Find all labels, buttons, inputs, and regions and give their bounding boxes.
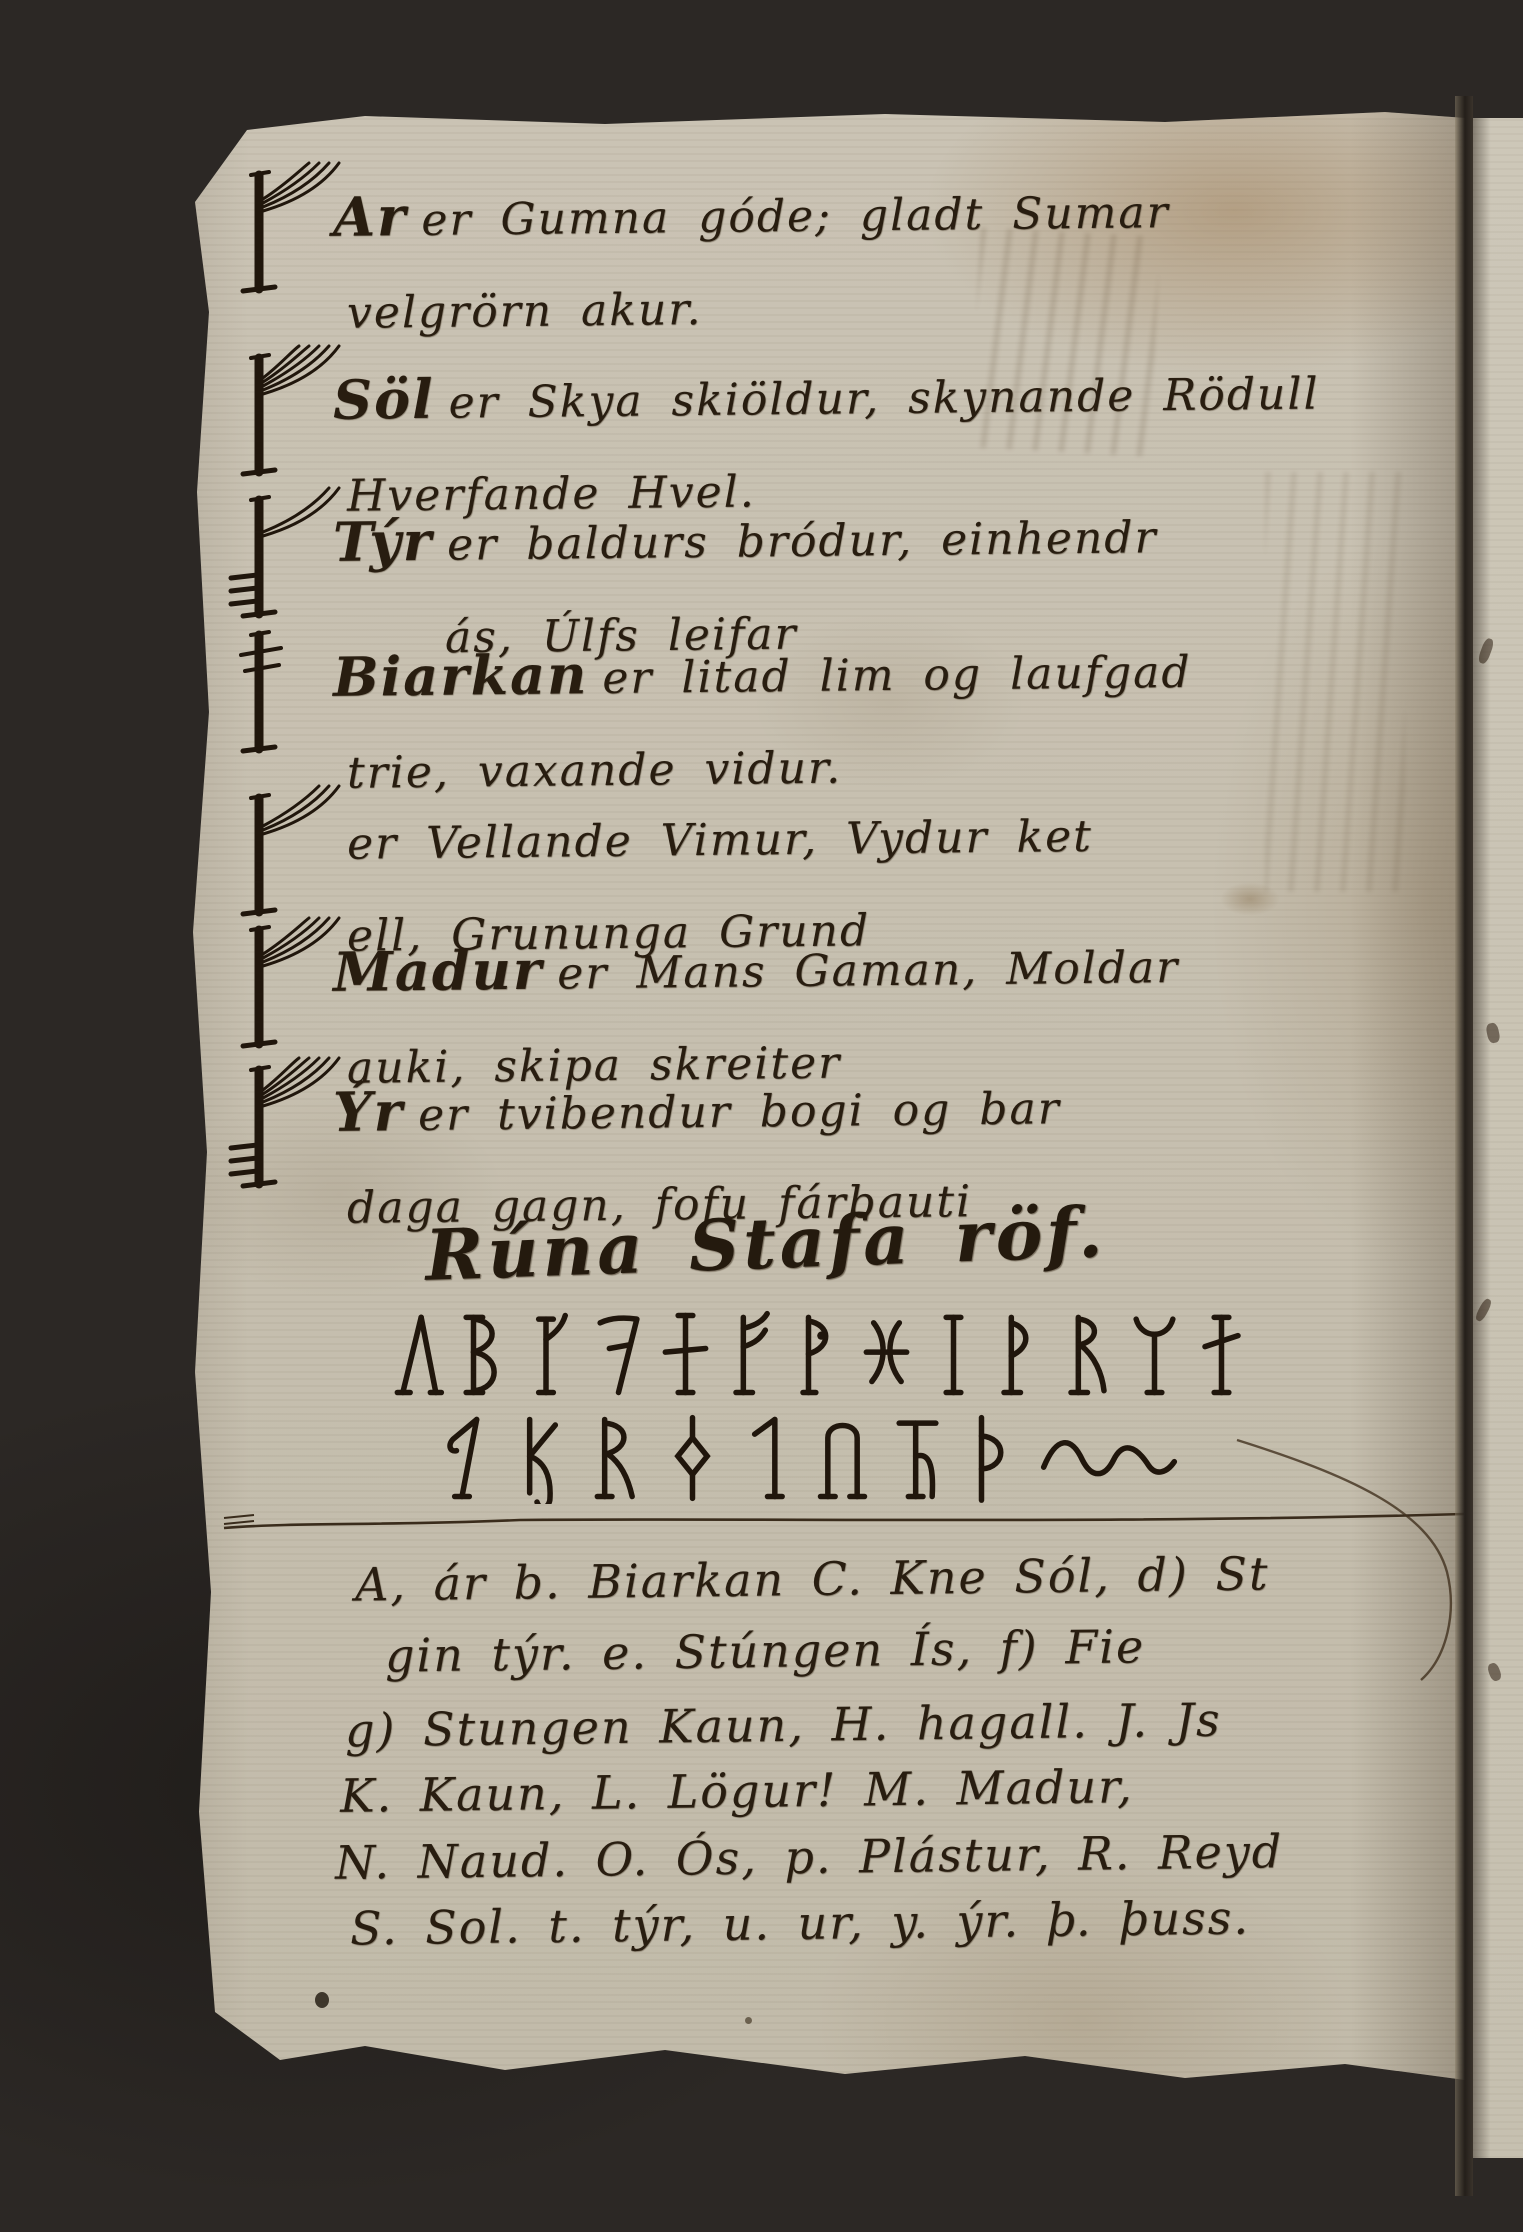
rune-poem-entry: Arer Gumna góde; gladt Sumar velgrörn ak… xyxy=(185,157,1465,347)
alphabet-key-line: K. Kaun, L. Lögur! M. Madur, xyxy=(340,1759,1134,1823)
rune-k-glyph-icon xyxy=(993,1308,1048,1404)
rune-f-glyph-icon xyxy=(725,1308,780,1404)
rune-name-lead: Týr xyxy=(333,509,434,574)
rune-name-lead: Biarkan xyxy=(333,642,589,709)
rune-thorn-glyph-icon xyxy=(965,1412,1020,1508)
rune-y-glyph-icon xyxy=(890,1412,945,1508)
rune-n-glyph-icon xyxy=(1194,1308,1249,1404)
rune-b-glyph-icon xyxy=(457,1308,512,1404)
manuscript-page: Arer Gumna góde; gladt Sumar velgrörn ak… xyxy=(185,112,1465,2080)
poem-line: Arer Gumna góde; gladt Sumar xyxy=(333,159,1454,268)
manuscript-photo: { "colors":{"background":"#2c2825","pape… xyxy=(0,0,1523,2232)
rune-name-lead: Ar xyxy=(333,184,408,249)
rune-s-glyph-icon xyxy=(740,1412,795,1508)
foxing-spot xyxy=(1220,882,1280,916)
ink-fragment xyxy=(1477,637,1495,665)
ink-rule-divider xyxy=(220,1504,1470,1538)
rune-h-glyph-icon xyxy=(859,1308,914,1404)
alphabet-key-line: A, ár b. Biarkan C. Kne Sól, d) St xyxy=(355,1546,1270,1611)
rune-d-glyph-icon xyxy=(591,1308,646,1404)
rune-name-lead: Ýr xyxy=(333,1079,405,1144)
rune-e-glyph-icon xyxy=(658,1308,713,1404)
bleed-through-smudge xyxy=(969,227,1160,456)
ink-fragment xyxy=(1474,1297,1493,1322)
rune-u-glyph-icon xyxy=(815,1412,870,1508)
ink-fragment xyxy=(1486,1662,1502,1683)
foxing-spot xyxy=(745,2017,752,2024)
rune-m-glyph-icon xyxy=(1127,1308,1182,1404)
rune-c-glyph-icon xyxy=(524,1308,579,1404)
book-gutter-fold xyxy=(1455,96,1473,2196)
rune-a-glyph-icon xyxy=(390,1308,445,1404)
rune-name-lead xyxy=(333,808,334,872)
facing-page-sliver xyxy=(1473,118,1523,2158)
rune-q-glyph-icon xyxy=(665,1412,720,1508)
rune-i-glyph-icon xyxy=(926,1308,981,1404)
rune-name-lead: Madur xyxy=(333,938,544,1004)
poem-line: Ýrer tvibendur bogi og bar xyxy=(333,1054,1454,1163)
poem-line: Madurer Mans Gaman, Moldar xyxy=(333,914,1454,1023)
ink-fragment xyxy=(1485,1022,1501,1044)
rune-alphabet-row xyxy=(390,1308,1249,1404)
rune-l-glyph-icon xyxy=(1060,1308,1115,1404)
rune-p-glyph-icon xyxy=(515,1412,570,1508)
rune-flourish-glyph-icon xyxy=(1040,1412,1178,1508)
rune-name-lead: Söl xyxy=(333,367,435,432)
poem-line: Söler Skya skiöldur, skynande Rödull xyxy=(333,342,1454,451)
rune-g-glyph-icon xyxy=(792,1308,847,1404)
alphabet-key-line: gin týr. e. Stúngen Ís, f) Fie xyxy=(385,1619,1146,1682)
rune-o-glyph-icon xyxy=(440,1412,495,1508)
alphabet-key-line: N. Naud. O. Ós, p. Plástur, R. Reyd xyxy=(335,1824,1284,1890)
alphabet-key-line: S. Sol. t. týr, u. ur, y. ýr. þ. þuss. xyxy=(350,1891,1251,1956)
bleed-through-smudge xyxy=(1265,472,1405,892)
rune-alphabet-row xyxy=(440,1412,1178,1508)
alphabet-key-line: g) Stungen Kaun, H. hagall. J. Js xyxy=(345,1693,1222,1758)
rune-r-glyph-icon xyxy=(590,1412,645,1508)
foxing-spot xyxy=(315,1992,329,2008)
